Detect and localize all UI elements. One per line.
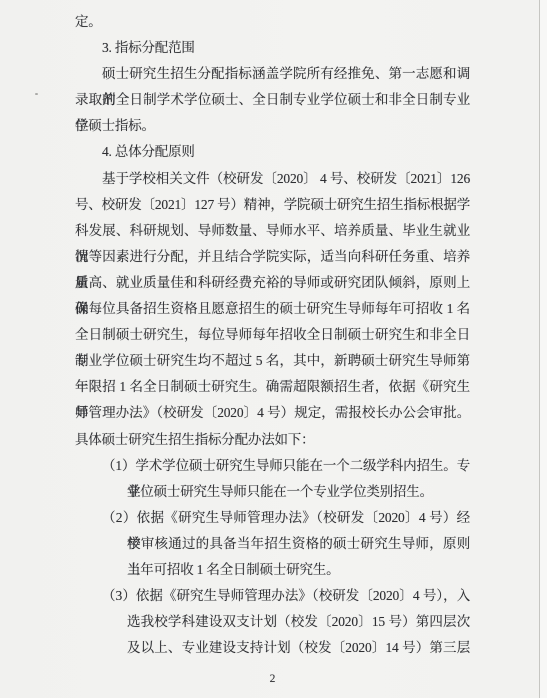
text-line: 当年可招收 1 名全日制硕士研究生。 <box>75 557 470 583</box>
text-line: 学位硕士研究生导师只能在一个专业学位类别招生。 <box>75 479 470 505</box>
text-line: 具体硕士研究生招生指标分配办法如下： <box>75 427 470 453</box>
text-line: 选我校学科建设双支计划（校发〔2020〕15 号）第四层次 <box>75 609 470 635</box>
scan-edge-line <box>539 0 540 698</box>
text-line: 4. 总体分配原则 <box>75 139 470 165</box>
text-line: 3. 指标分配范围 <box>75 35 470 61</box>
scanned-document-page: 定。3. 指标分配范围硕士研究生招生分配指标涵盖学院所有经推免、第一志愿和调剂录… <box>0 0 547 698</box>
text-line: 师管理办法》（校研发〔2020〕4 号）规定，需报校长办公会审批。 <box>75 400 470 426</box>
text-line: （2）依据《研究生导师管理办法》（校研发〔2020〕4 号）经学 <box>75 505 470 531</box>
scan-speckle <box>35 93 38 95</box>
text-line: 基于学校相关文件（校研发〔2020〕 4 号、校研发〔2021〕126 <box>75 166 470 192</box>
text-line: 科发展、科研规划、导师数量、导师水平、培养质量、毕业生就业情 <box>75 218 470 244</box>
text-line: 年限招 1 名全日制硕士研究生。确需超限额招生者，依据《研究生导 <box>75 374 470 400</box>
text-line: （1）学术学位硕士研究生导师只能在一个二级学科内招生。专业 <box>75 453 470 479</box>
text-line: 专业学位硕士研究生均不超过 5 名，其中，新聘硕士研究生导师第一 <box>75 348 470 374</box>
text-line: 全日制硕士研究生，每位导师每年招收全日制硕士研究生和非全日制 <box>75 322 470 348</box>
scan-right-margin <box>540 0 547 698</box>
text-line: 号、校研发〔2021〕127 号）精神，学院硕士研究生招生指标根据学 <box>75 192 470 218</box>
text-line: 及以上、专业建设支持计划（校发〔2020〕14 号）第三层 <box>75 635 470 661</box>
document-text-block: 定。3. 指标分配范围硕士研究生招生分配指标涵盖学院所有经推免、第一志愿和调剂录… <box>75 9 470 661</box>
text-line: 保每位具备招生资格且愿意招生的硕士研究生导师每年可招收 1 名 <box>75 296 470 322</box>
text-line: 定。 <box>75 9 470 35</box>
text-line: 量高、就业质量佳和科研经费充裕的导师或研究团队倾斜，原则上确 <box>75 270 470 296</box>
text-line: 录取的全日制学术学位硕士、全日制专业学位硕士和非全日制专业学 <box>75 87 470 113</box>
page-number: 2 <box>0 673 545 685</box>
text-line: 硕士研究生招生分配指标涵盖学院所有经推免、第一志愿和调剂 <box>75 61 470 87</box>
text-line: 校审核通过的具备当年招生资格的硕士研究生导师，原则上 <box>75 531 470 557</box>
text-line: （3）依据《研究生导师管理办法》（校研发〔2020〕4 号），入 <box>75 583 470 609</box>
text-line: 况等因素进行分配，并且结合学院实际，适当向科研任务重、培养质 <box>75 244 470 270</box>
text-line: 位硕士指标。 <box>75 113 470 139</box>
